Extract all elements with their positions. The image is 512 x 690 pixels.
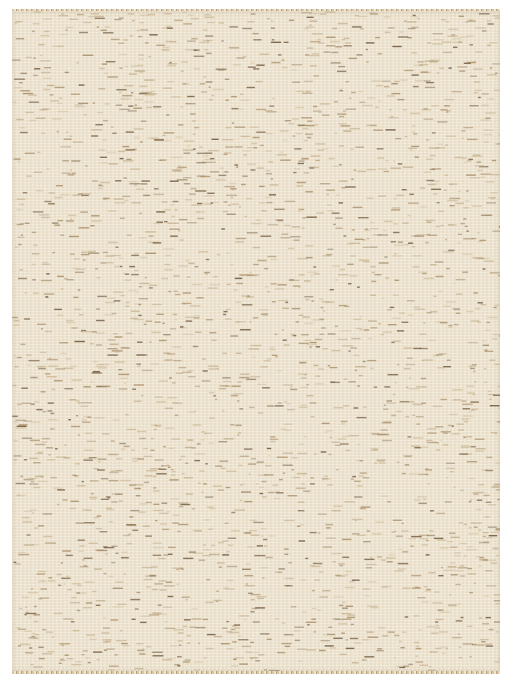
product-photo	[0, 0, 512, 690]
rug-fleck-texture	[12, 11, 500, 672]
rug-bottom-edge	[12, 671, 500, 674]
woven-rug	[12, 11, 500, 672]
